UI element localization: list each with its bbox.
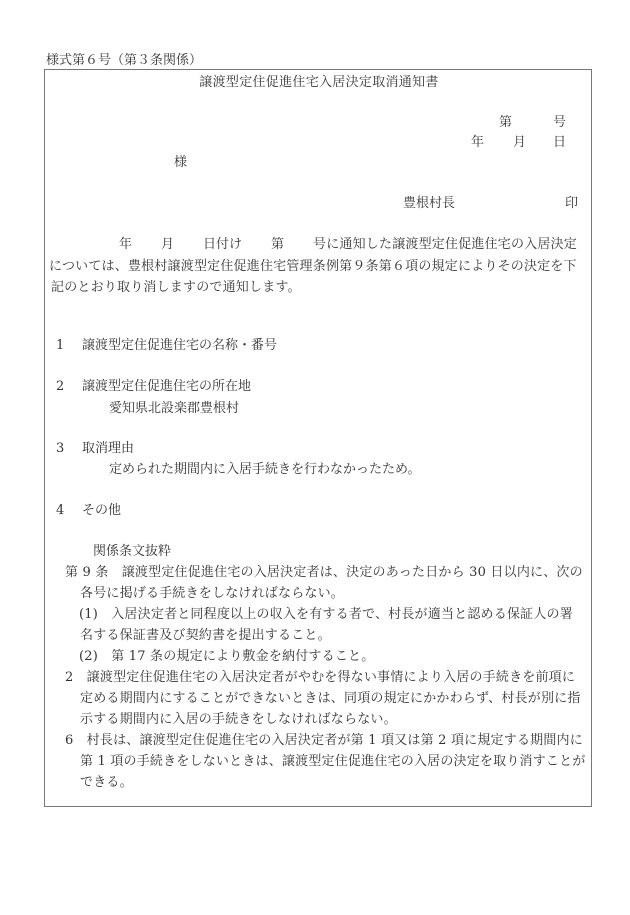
item-3-label: 取消理由 xyxy=(82,442,134,455)
excerpt-line: 名する保証書及び契約書を提出すること。 xyxy=(80,629,331,642)
seal-mark: 印 xyxy=(565,197,578,210)
number-dai: 第 xyxy=(499,116,512,129)
item-4-label: その他 xyxy=(82,504,121,517)
issuer-name: 豊根村長 xyxy=(403,197,455,210)
intro-line1-rest: 号に通知した譲渡型定住促進住宅の入居決定 xyxy=(313,238,577,251)
item-3-num: 3 xyxy=(56,442,64,455)
excerpt-line: 示する期間内に入居の手続きをしなければならない。 xyxy=(80,713,397,726)
form-label: 様式第６号（第３条関係） xyxy=(46,54,202,67)
intro-line2: については、豊根村譲渡型定住促進住宅管理条例第９条第６項の規定によりその決定を下 xyxy=(49,260,577,273)
excerpt-line: 第 9 条 譲渡型定住促進住宅の入居決定者は、決定のあった日から 30 日以内に… xyxy=(65,566,583,579)
item-4-num: 4 xyxy=(56,504,64,517)
excerpt-line: 各号に掲げる手続きをしなければならない。 xyxy=(80,587,344,600)
item-1-label: 譲渡型定住促進住宅の名称・番号 xyxy=(82,339,277,352)
addressee-suffix: 様 xyxy=(174,156,187,169)
intro-line3: 記のとおり取り消しますので通知します。 xyxy=(51,281,301,294)
intro-month: 月 xyxy=(161,238,174,251)
excerpt-line: 2 譲渡型定住促進住宅の入居決定者がやむを得ない事情により入居の手続きを前項に xyxy=(65,671,575,684)
excerpt-line: (2) 第 17 条の規定により敷金を納付すること。 xyxy=(79,650,374,663)
excerpt-line: 定める期間内にすることができないときは、同項の規定にかかわらず、村長が別に指 xyxy=(80,692,581,705)
item-3-value: 定められた期間内に入居手続きを行わなかったため。 xyxy=(109,463,420,476)
excerpt-line: (1) 入居決定者と同程度以上の収入を有する者で、村長が適当と認める保証人の署 xyxy=(79,608,573,621)
item-2-label: 譲渡型定住促進住宅の所在地 xyxy=(82,380,251,393)
intro-dai: 第 xyxy=(271,238,284,251)
intro-day: 日付け xyxy=(203,238,242,251)
item-2-value: 愛知県北設楽郡豊根村 xyxy=(109,402,239,415)
intro-year: 年 xyxy=(119,238,132,251)
date-day: 日 xyxy=(553,136,566,149)
number-go: 号 xyxy=(553,116,566,129)
date-year: 年 xyxy=(471,136,484,149)
excerpt-heading: 関係条文抜粋 xyxy=(93,545,171,558)
item-2-num: 2 xyxy=(56,380,64,393)
excerpt-line: 6 村長は、譲渡型定住促進住宅の入居決定者が第 1 項又は第 2 項に規定する期… xyxy=(65,734,583,747)
notice-frame: 譲渡型定住促進住宅入居決定取消通知書 第 号 年 月 日 様 豊根村長 印 年 … xyxy=(44,69,592,807)
item-1-num: 1 xyxy=(56,339,64,352)
excerpt-line: 第 1 項の手続きをしないときは、譲渡型定住促進住宅の入居の決定を取り消すことが xyxy=(80,755,586,768)
date-month: 月 xyxy=(513,136,526,149)
document-title: 譲渡型定住促進住宅入居決定取消通知書 xyxy=(45,76,593,89)
excerpt-line: できる。 xyxy=(80,776,133,789)
